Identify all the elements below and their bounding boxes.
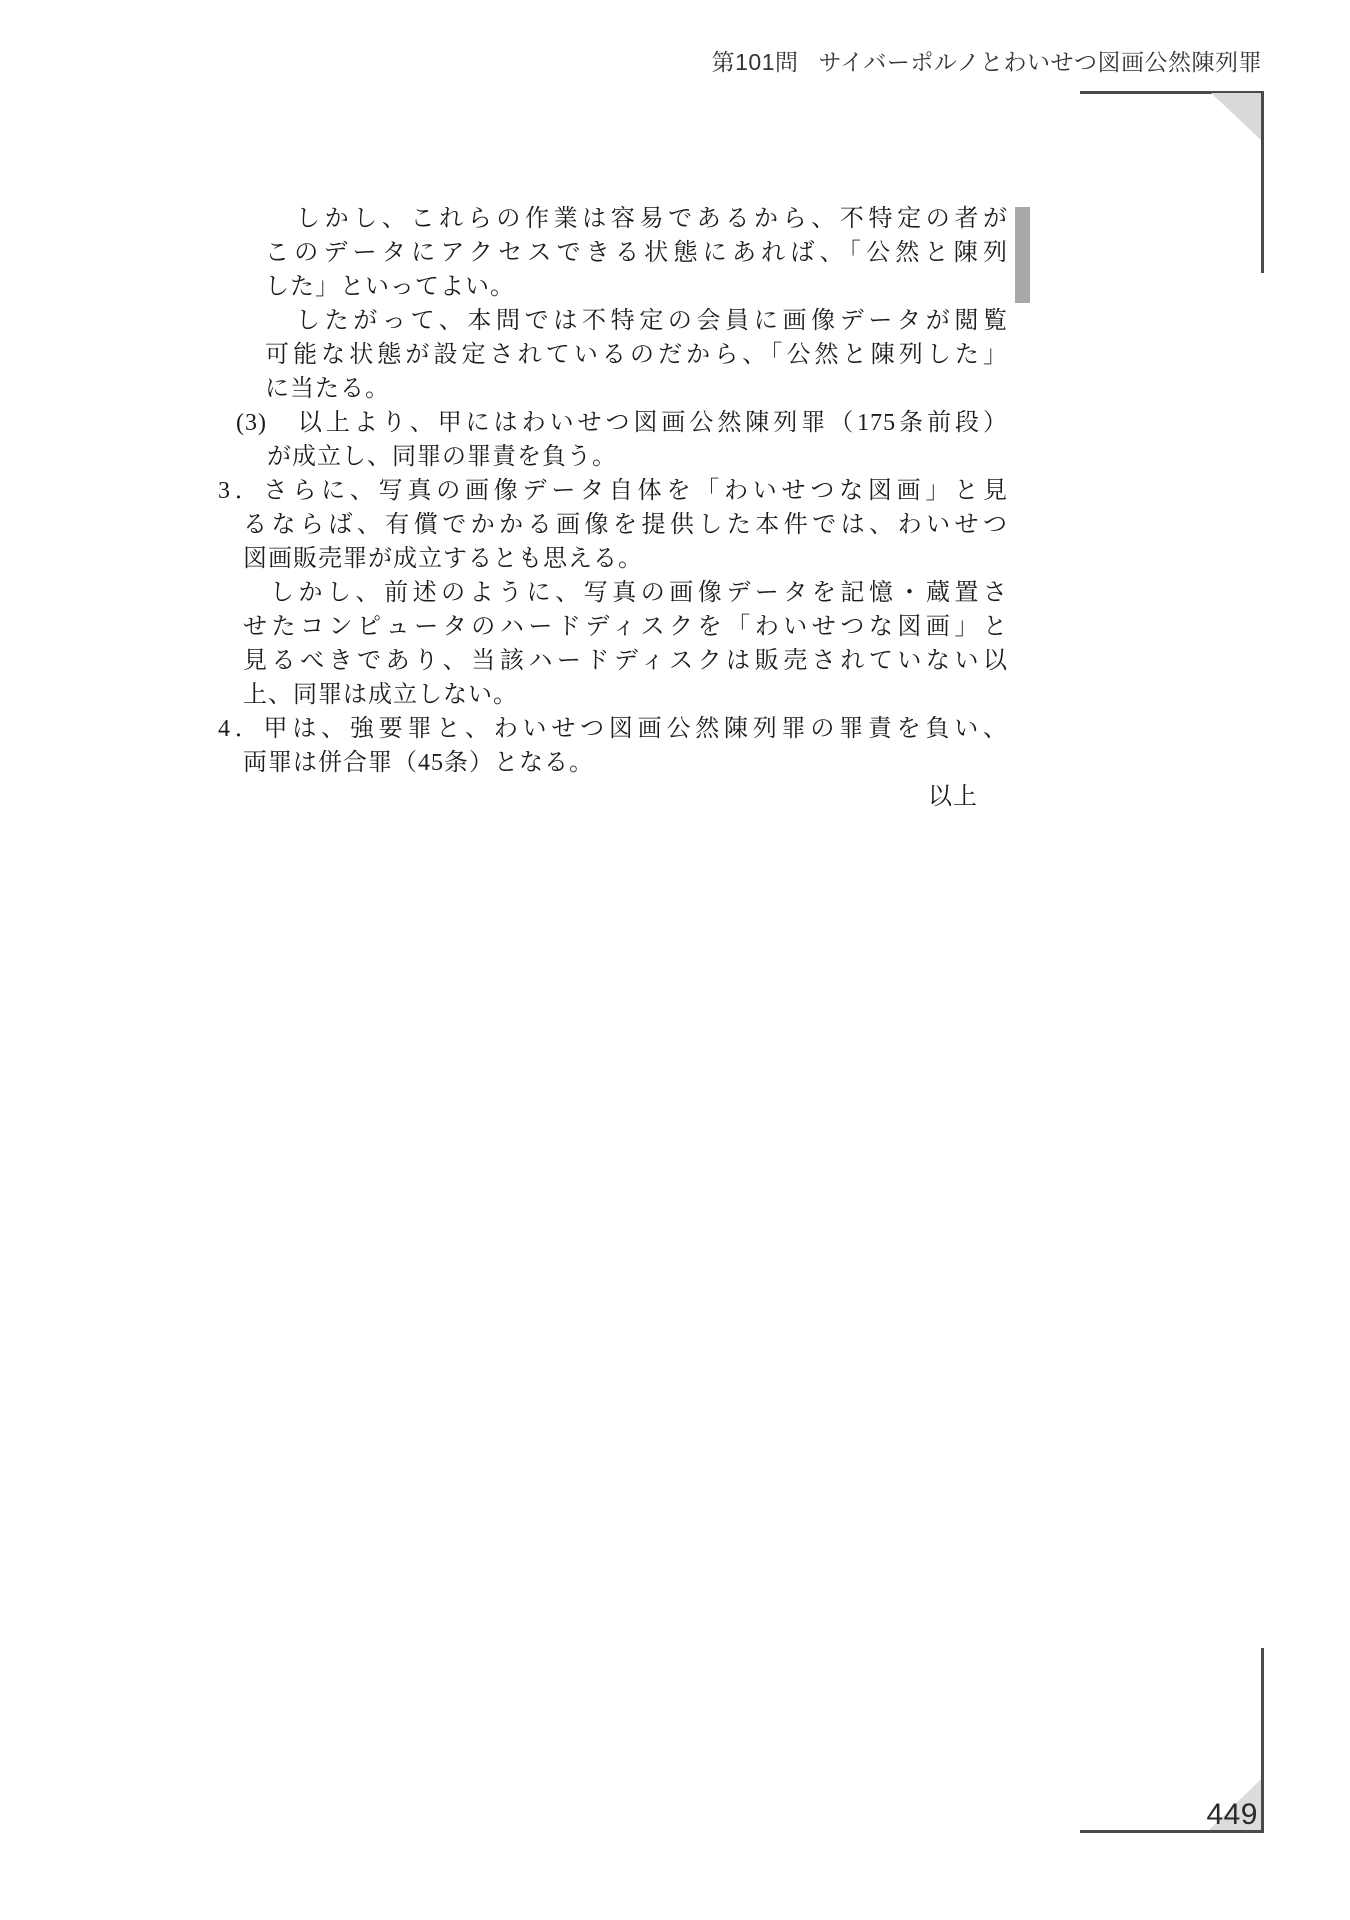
bottom-right-rule-vertical [1261,1648,1264,1833]
text-line: せたコンピュータのハードディスクを「わいせつな図画」と [218,610,1008,644]
text-line: 上、同罪は成立しない。 [218,678,1008,712]
text-line: しかし、前述のように、写真の画像データを記憶・蔵置さ [218,576,1008,610]
text-line: に当たる。 [218,372,1008,406]
text-line: したがって、本問では不特定の会員に画像データが閲覧 [218,304,1008,338]
chapter-title: サイバーポルノとわいせつ図画公然陳列罪 [818,48,1262,76]
text-line: 両罪は併合罪（45条）となる。 [218,746,1008,780]
text-line: このデータにアクセスできる状態にあれば、「公然と陳列 [218,236,1008,270]
closing-text: 以上 [218,780,1008,814]
text-line: るならば、有償でかかる画像を提供した本件では、わいせつ [218,508,1008,542]
text-line: 可能な状態が設定されているのだから、「公然と陳列した」 [218,338,1008,372]
text-line: した」といってよい。 [218,270,1008,304]
text-line: 見るべきであり、当該ハードディスクは販売されていない以 [218,644,1008,678]
page-number: 449 [1206,1800,1258,1830]
text-line: 3．さらに、写真の画像データ自体を「わいせつな図画」と見 [218,474,1008,508]
text-line: しかし、これらの作業は容易であるから、不特定の者が [218,202,1008,236]
text-line: 4．甲は、強要罪と、わいせつ図画公然陳列罪の罪責を負い、 [218,712,1008,746]
book-page: 第101問 サイバーポルノとわいせつ図画公然陳列罪 しかし、これらの作業は容易で… [0,0,1350,1920]
top-right-corner-triangle [1211,93,1261,140]
text-line: 図画販売罪が成立するとも思える。 [218,542,1008,576]
top-right-rule-vertical [1261,91,1264,273]
text-line: (3) 以上より、甲にはわいせつ図画公然陳列罪（175条前段） [218,406,1008,440]
problem-number: 第101問 [712,48,799,76]
margin-highlight-bar [1015,207,1030,303]
running-header: 第101問 サイバーポルノとわいせつ図画公然陳列罪 [712,48,1262,76]
text-line: が成立し、同罪の罪責を負う。 [218,440,1008,474]
answer-text-block: しかし、これらの作業は容易であるから、不特定の者が このデータにアクセスできる状… [218,202,1008,814]
